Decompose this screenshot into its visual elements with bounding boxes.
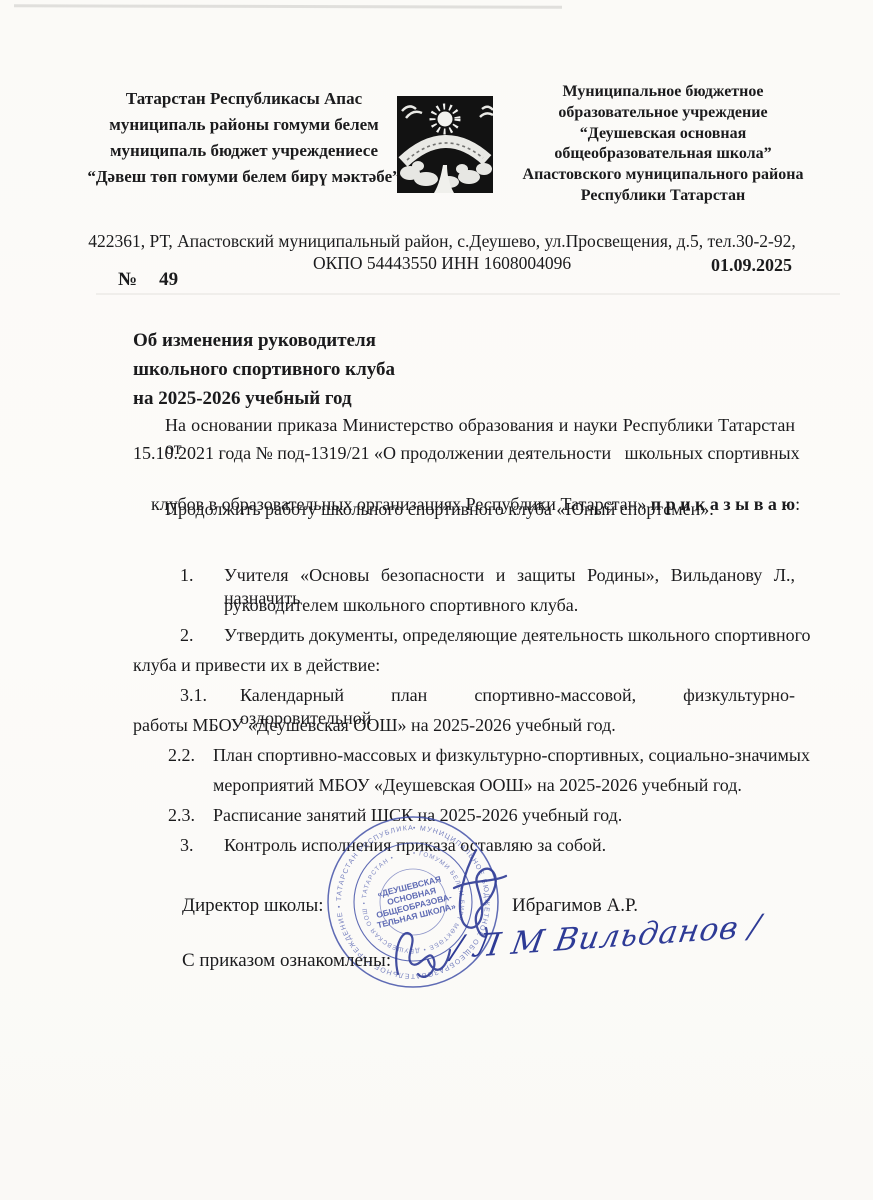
list-item-number: 3. [180, 834, 194, 857]
order-date: 01.09.2025 [680, 255, 792, 276]
body-line: 15.10.2021 года № под-1319/21 «О продолж… [133, 442, 800, 465]
order-number: 49 [159, 269, 178, 290]
scan-artifact-top [14, 4, 562, 8]
header-right-russian: Муниципальное бюджетное образовательное … [503, 82, 823, 207]
list-item-text: клуба и привести их в действие: [133, 654, 380, 677]
header-right-line: “Деушевская основная [503, 124, 823, 145]
order-number-row: №49 [118, 269, 178, 291]
list-item-text: Утвердить документы, определяющие деятел… [224, 624, 811, 647]
body-line: Продолжить работу школьного спортивного … [165, 498, 714, 521]
list-item-number: 3.1. [180, 684, 207, 707]
list-item-text: работы МБОУ «Деушевская ООШ» на 2025-202… [133, 714, 616, 737]
list-item-number: 1. [180, 564, 194, 587]
address-line: 422361, РТ, Апастовский муниципальный ра… [80, 231, 804, 253]
order-title-line: на 2025-2026 учебный год [133, 385, 553, 414]
list-item-number: 2. [180, 624, 194, 647]
director-name: Ибрагимов А.Р. [512, 894, 638, 917]
school-emblem-icon [397, 96, 493, 193]
header-right-line: общеобразовательная школа” [503, 144, 823, 165]
director-label: Директор школы: [182, 894, 324, 917]
list-item-number: 2.3. [168, 804, 195, 827]
header-left-tatar: Татарстан Республикасы Апас муниципаль р… [86, 86, 402, 190]
header-right-line: образовательное учреждение [503, 103, 823, 124]
list-item-text: План спортивно-массовых и физкультурно-с… [213, 744, 810, 767]
header-right-line: Республики Татарстан [503, 186, 823, 207]
ack-signature-scribble [384, 920, 454, 990]
header-left-line: “Дәвеш төп гомуми белем бирү мәктәбе” [86, 164, 402, 190]
order-title-line: школьного спортивного клуба [133, 356, 553, 385]
header-left-line: Татарстан Республикасы Апас [86, 86, 402, 112]
header-right-line: Апастовского муниципального района [503, 165, 823, 186]
order-title: Об изменения руководителя школьного спор… [133, 327, 553, 413]
acknowledged-label: С приказом ознакомлены: [182, 949, 391, 972]
scanned-order-document: Татарстан Республикасы Апас муниципаль р… [0, 0, 873, 1200]
number-sign: № [118, 269, 137, 290]
header-right-line: Муниципальное бюджетное [503, 82, 823, 103]
header-left-line: муниципаль бюджет учреждениесе [86, 138, 402, 164]
order-title-line: Об изменения руководителя [133, 327, 553, 356]
header-left-line: муниципаль районы гомуми белем [86, 112, 402, 138]
list-item-text: мероприятий МБОУ «Деушевская ООШ» на 202… [213, 774, 742, 797]
scan-artifact-smudge [96, 293, 840, 295]
list-item-number: 2.2. [168, 744, 195, 767]
list-item-text: руководителем школьного спортивного клуб… [224, 594, 578, 617]
